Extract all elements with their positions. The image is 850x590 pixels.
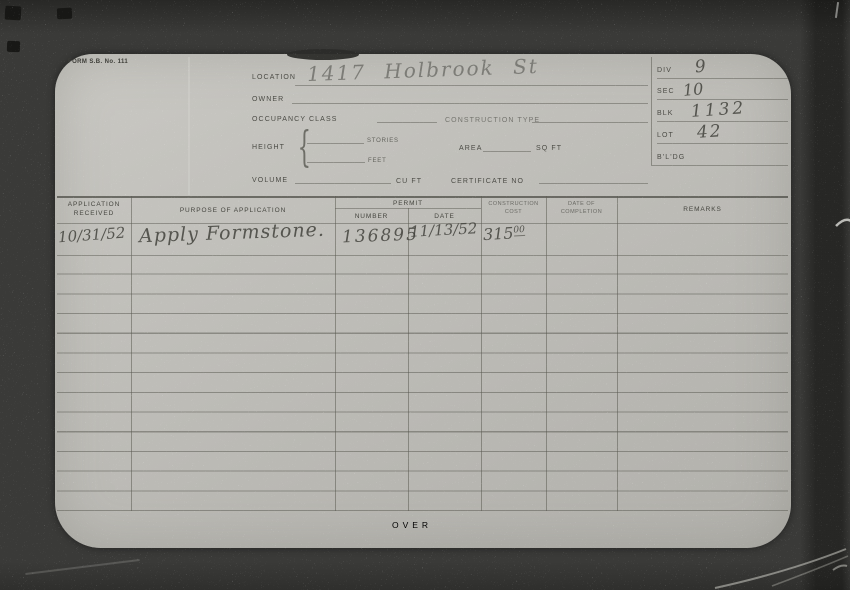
table-header-application-received: APPLICATION RECEIVED bbox=[57, 200, 131, 218]
sec-value: 10 bbox=[682, 79, 704, 100]
scratch-mark bbox=[188, 57, 190, 195]
certificate-no-label: CERTIFICATE NO bbox=[451, 178, 524, 185]
blk-line bbox=[657, 121, 788, 122]
blk-value: 1132 bbox=[690, 98, 747, 122]
table-header-permit-number: NUMBER bbox=[335, 212, 408, 221]
parcel-box-bottom-line bbox=[651, 165, 788, 166]
div-value: 9 bbox=[694, 56, 707, 77]
blk-label: BLK bbox=[657, 110, 674, 117]
feet-label: FEET bbox=[368, 158, 387, 164]
location-label: LOCATION bbox=[252, 74, 296, 81]
bldg-label: B'L'DG bbox=[657, 154, 685, 161]
film-punch-mark bbox=[57, 8, 72, 20]
volume-line bbox=[295, 183, 391, 184]
header-line: COST bbox=[481, 208, 546, 216]
occupancy-class-label: OCCUPANCY CLASS bbox=[252, 116, 337, 123]
cost-dollars: 315 bbox=[483, 224, 514, 245]
owner-line bbox=[292, 103, 648, 104]
area-line bbox=[483, 151, 531, 152]
area-unit-label: SQ FT bbox=[536, 145, 562, 152]
certificate-line bbox=[539, 183, 648, 184]
table-header-permit: PERMIT bbox=[335, 199, 481, 208]
area-label: AREA bbox=[459, 145, 482, 152]
sec-label: SEC bbox=[657, 88, 675, 95]
permit-index-card: FORM S.B. No. 111 LOCATION 1417 Holbrook… bbox=[55, 54, 791, 548]
parcel-box-border bbox=[651, 57, 652, 165]
entry-construction-cost: 31500 bbox=[483, 223, 526, 244]
table-header-remarks: REMARKS bbox=[617, 205, 788, 214]
occupancy-line bbox=[377, 122, 437, 123]
location-line bbox=[295, 85, 648, 86]
stories-line bbox=[307, 143, 364, 144]
table-top-border bbox=[57, 196, 788, 198]
film-punch-mark bbox=[5, 6, 22, 21]
entry-permit-date: 11/13/52 bbox=[410, 219, 478, 241]
lot-line bbox=[657, 143, 788, 144]
lot-value: 42 bbox=[696, 121, 723, 143]
over-label: OVER bbox=[352, 520, 472, 530]
owner-label: OWNER bbox=[252, 96, 284, 103]
header-line: COMPLETION bbox=[546, 208, 617, 216]
construction-type-line bbox=[532, 122, 648, 123]
div-line bbox=[657, 78, 788, 79]
table-empty-rows bbox=[57, 255, 788, 511]
film-punch-mark bbox=[7, 41, 20, 52]
table-header-purpose: PURPOSE OF APPLICATION bbox=[131, 206, 335, 215]
header-line: DATE OF bbox=[546, 200, 617, 208]
stories-label: STORIES bbox=[367, 138, 399, 144]
header-line: APPLICATION bbox=[57, 200, 131, 209]
volume-label: VOLUME bbox=[252, 177, 288, 184]
scratch-mark bbox=[835, 2, 839, 18]
height-label: HEIGHT bbox=[252, 144, 285, 151]
div-label: DIV bbox=[657, 67, 672, 74]
header-line: RECEIVED bbox=[57, 209, 131, 218]
construction-type-label: CONSTRUCTION TYPE bbox=[445, 117, 540, 124]
scratch-mark bbox=[25, 559, 139, 575]
entry-permit-number: 136895 bbox=[342, 225, 420, 248]
volume-unit-label: CU FT bbox=[396, 178, 422, 185]
feet-line bbox=[307, 162, 365, 163]
cost-cents: 00 bbox=[513, 225, 525, 237]
table-header-date-of-completion: DATE OF COMPLETION bbox=[546, 200, 617, 216]
table-header-construction-cost: CONSTRUCTION COST bbox=[481, 200, 546, 216]
lot-label: LOT bbox=[657, 132, 674, 139]
form-number: FORM S.B. No. 111 bbox=[68, 59, 128, 65]
film-blemish bbox=[287, 49, 359, 60]
entry-application-received: 10/31/52 bbox=[57, 224, 125, 247]
header-line: CONSTRUCTION bbox=[481, 200, 546, 208]
